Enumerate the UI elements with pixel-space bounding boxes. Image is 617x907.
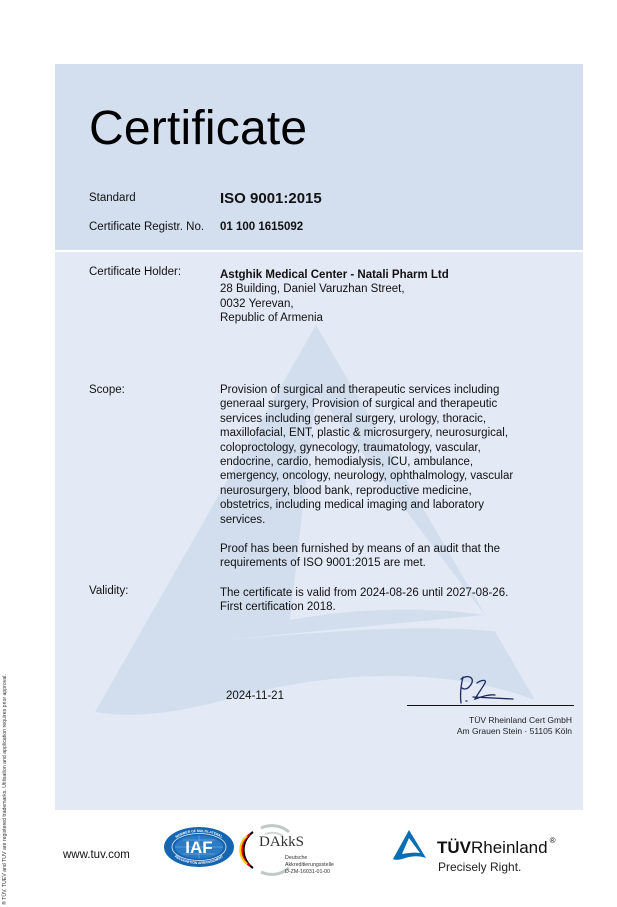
scope-text: Provision of surgical and therapeutic se…	[220, 383, 520, 527]
proof-statement: Proof has been furnished by means of an …	[220, 542, 520, 571]
validity-period: The certificate is valid from 2024-08-26…	[220, 586, 550, 600]
holder-name: Astghik Medical Center - Natali Pharm Lt…	[220, 268, 449, 282]
tuv-brand-regular: Rheinland	[471, 838, 548, 857]
dakks-line: D-ZM-16031-01-00	[285, 869, 334, 876]
dakks-details: Deutsche Akkreditierungsstelle D-ZM-1603…	[285, 855, 334, 876]
first-certification: First certification 2018.	[220, 600, 550, 614]
issuer-block: TÜV Rheinland Cert GmbH Am Grauen Stein …	[457, 715, 572, 736]
signature-icon	[455, 673, 525, 707]
holder-address-line: 28 Building, Daniel Varuzhan Street,	[220, 282, 449, 296]
dakks-line: Akkreditierungsstelle	[285, 862, 334, 869]
standard-label: Standard	[89, 191, 136, 205]
holder-address-line: Republic of Armenia	[220, 311, 449, 325]
registration-number: 01 100 1615092	[220, 220, 303, 234]
tuv-brand-name: TÜVRheinland®	[437, 838, 555, 858]
holder-address-line: 0032 Yerevan,	[220, 297, 449, 311]
dakks-logo: DAkkS Deutsche Akkreditierungsstelle D-Z…	[239, 824, 379, 884]
signature-line	[407, 705, 574, 706]
dakks-line: Deutsche	[285, 855, 334, 862]
validity-label: Validity:	[89, 584, 128, 598]
tuv-triangle-logo-icon	[392, 828, 430, 864]
validity-text: The certificate is valid from 2024-08-26…	[220, 586, 550, 615]
dakks-name: DAkkS	[259, 834, 304, 851]
registered-mark: ®	[550, 836, 556, 845]
certificate-holder: Astghik Medical Center - Natali Pharm Lt…	[220, 268, 449, 326]
registration-label: Certificate Registr. No.	[89, 220, 204, 234]
standard-value: ISO 9001:2015	[220, 190, 322, 208]
tuv-slogan: Precisely Right.	[438, 860, 521, 874]
holder-label: Certificate Holder:	[89, 265, 181, 279]
scope-label: Scope:	[89, 383, 125, 397]
issuer-address: Am Grauen Stein · 51105 Köln	[457, 726, 572, 737]
svg-text:IAF: IAF	[185, 838, 212, 857]
issue-date: 2024-11-21	[226, 690, 284, 702]
tuv-brand-bold: TÜV	[437, 838, 471, 857]
certificate-title: Certificate	[89, 100, 307, 158]
iaf-logo-icon: IAF MEMBER OF MULTILATERAL RECOGNITION A…	[163, 826, 235, 868]
website-link[interactable]: www.tuv.com	[63, 849, 130, 861]
issuer-name: TÜV Rheinland Cert GmbH	[457, 715, 572, 726]
trademark-note: ® TÜV, TUEV and TUV are registered trade…	[2, 674, 8, 905]
